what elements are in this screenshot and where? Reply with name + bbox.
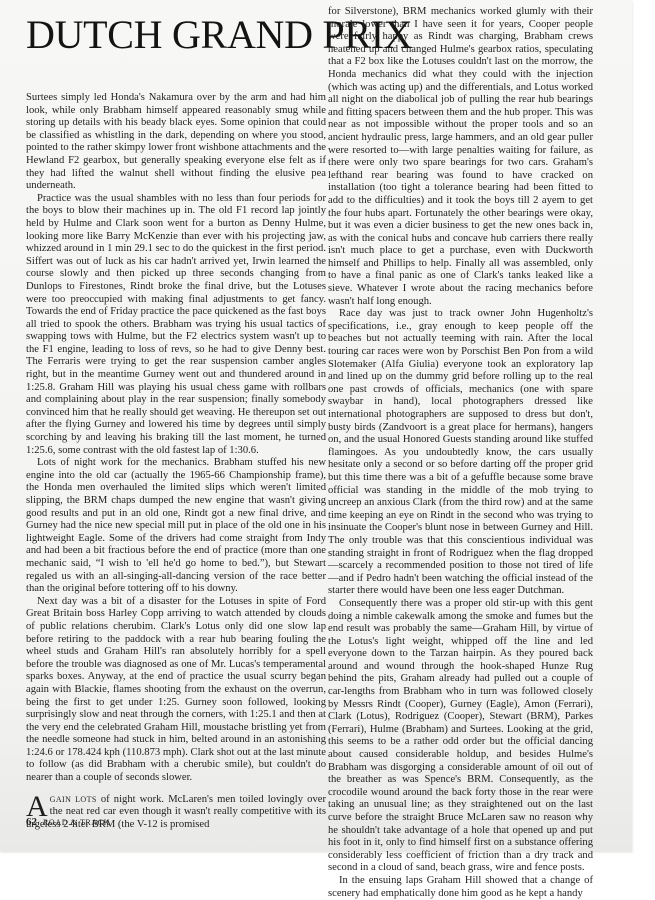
magazine-name: ROAD & TRACK [43, 818, 110, 827]
left-column: DUTCH GRAND PRIX Surtees simply led Hond… [26, 0, 326, 831]
paragraph: Consequently there was a proper old stir… [328, 598, 593, 875]
paragraph: Practice was the usual shambles with no … [26, 193, 326, 457]
paragraph-continuation: for Silverstone), BRM mechanics worked g… [328, 6, 593, 308]
paragraph: Race day was just to track owner John Hu… [328, 308, 593, 598]
right-column: for Silverstone), BRM mechanics worked g… [328, 6, 593, 900]
paragraph: Surtees simply led Honda's Nakamura over… [26, 92, 326, 193]
paragraph: Next day was a bit of a disaster for the… [26, 596, 326, 785]
article-title: DUTCH GRAND PRIX [26, 12, 326, 58]
paragraph: In the ensuing laps Graham Hill showed t… [328, 875, 593, 900]
paragraph: Lots of night work for the mechanics. Br… [26, 457, 326, 596]
page-number: 62 [26, 816, 37, 828]
lead-in-smallcaps: gain lots [50, 795, 97, 804]
magazine-page: DUTCH GRAND PRIX Surtees simply led Hond… [0, 0, 632, 852]
page-footer: 62ROAD & TRACK [26, 812, 110, 830]
